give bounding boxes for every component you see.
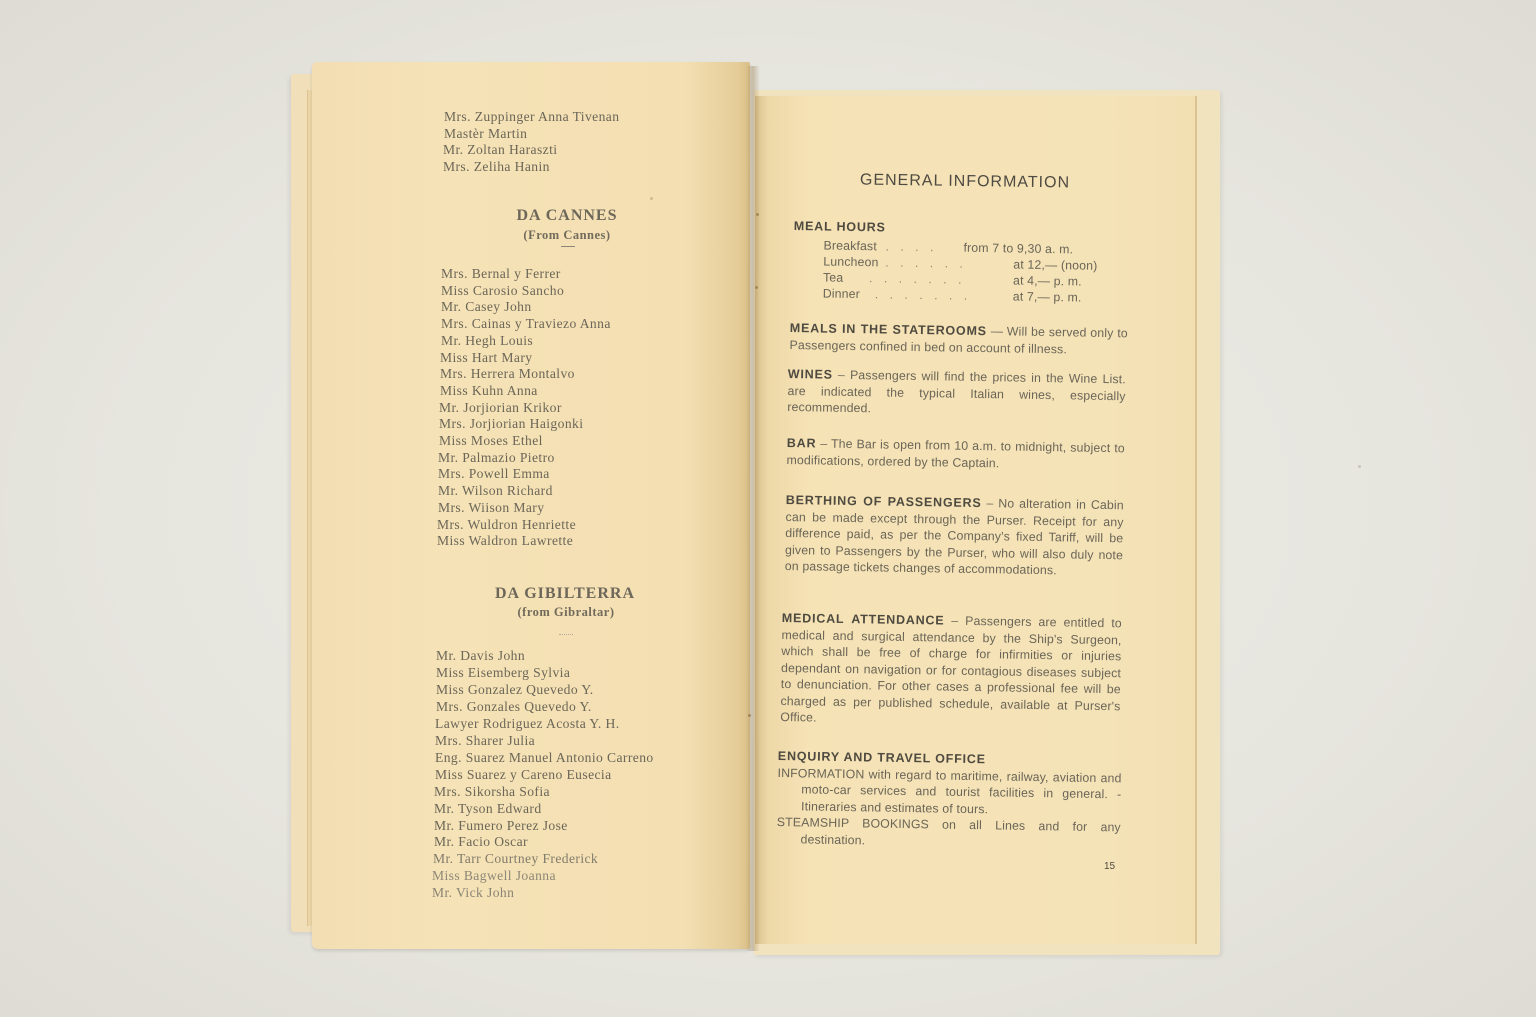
info-heading: MEDICAL ATTENDANCE: [782, 611, 945, 628]
passenger-name: Mr. Palmazio Pietro: [438, 450, 611, 467]
enquiry-item: INFORMATION with regard to maritime, rai…: [777, 764, 1122, 819]
passenger-name: Mr. Hegh Louis: [441, 333, 611, 350]
passenger-name: Mrs. Zuppinger Anna Tivenan: [444, 109, 619, 126]
paper-speck: [1358, 465, 1361, 468]
paper-speck: [755, 286, 758, 289]
page-number: 15: [1104, 861, 1115, 872]
meal-name: Tea: [823, 269, 844, 286]
passenger-name: Mrs. Bernal y Ferrer: [441, 266, 611, 283]
passenger-name: Mastèr Martin: [444, 126, 619, 143]
passenger-name: Mrs. Zeliha Hanin: [443, 159, 619, 176]
passenger-name: Mr. Zoltan Haraszti: [443, 142, 619, 159]
enquiry-item: STEAMSHIP BOOKINGS on all Lines and for …: [776, 814, 1120, 852]
section-subtitle-cannes: (From Cannes): [467, 228, 667, 243]
section-title-cannes: DA CANNES: [467, 207, 667, 225]
paper-speck: [748, 714, 751, 717]
passenger-name: Miss Hart Mary: [440, 350, 611, 367]
passenger-list-gibraltar: Mr. Davis John Miss Eisemberg Sylvia Mis…: [436, 648, 654, 902]
passenger-name: Mr. Tyson Edward: [434, 801, 654, 818]
divider: [559, 634, 573, 635]
info-text: – Passengers are entitled to medical and…: [780, 614, 1122, 725]
passenger-name: Lawyer Rodriguez Acosta Y. H.: [435, 716, 654, 733]
info-wines: WINES – Passengers will find the prices …: [787, 366, 1126, 421]
info-medical: MEDICAL ATTENDANCE – Passengers are enti…: [780, 610, 1122, 731]
passenger-name: Mr. Davis John: [436, 648, 654, 665]
passenger-list-cannes: Mrs. Bernal y Ferrer Miss Carosio Sancho…: [441, 266, 611, 550]
info-staterooms: MEALS IN THE STATEROOMS — Will be served…: [789, 320, 1127, 358]
passenger-name: Mrs. Sharer Julia: [435, 733, 654, 750]
passenger-name: Miss Bagwell Joanna: [432, 868, 654, 885]
passenger-name: Miss Eisemberg Sylvia: [436, 665, 654, 682]
meal-name: Luncheon: [823, 253, 878, 270]
continued-passenger-list: Mrs. Zuppinger Anna Tivenan Mastèr Marti…: [444, 109, 619, 176]
passenger-name: Mr. Facio Oscar: [434, 834, 654, 851]
info-heading: BAR: [787, 436, 817, 450]
info-text: – The Bar is open from 10 a.m. to midnig…: [787, 436, 1125, 469]
info-bar: BAR – The Bar is open from 10 a.m. to mi…: [786, 435, 1124, 473]
passenger-name: Mrs. Sikorsha Sofia: [434, 784, 654, 801]
passenger-name: Mrs. Wiison Mary: [438, 500, 611, 517]
meal-name: Breakfast: [823, 237, 877, 254]
passenger-name: Mr. Tarr Courtney Frederick: [433, 851, 654, 868]
paper-speck: [650, 197, 653, 200]
passenger-name: Mrs. Cainas y Traviezo Anna: [441, 316, 611, 333]
book-spine: [746, 66, 760, 951]
info-enquiry: ENQUIRY AND TRAVEL OFFICE INFORMATION wi…: [776, 748, 1122, 852]
leader-dots: . . . . . .: [885, 254, 967, 272]
leader-dots: . . . .: [885, 238, 937, 255]
passenger-name: Mrs. Herrera Montalvo: [440, 366, 611, 383]
passenger-name: Mr. Wilson Richard: [438, 483, 611, 500]
passenger-name: Mrs. Powell Emma: [438, 466, 611, 483]
passenger-name: Miss Suarez y Careno Eusecia: [435, 767, 654, 784]
meal-time: at 12,— (noon): [1013, 256, 1097, 274]
passenger-name: Miss Gonzalez Quevedo Y.: [436, 682, 654, 699]
paper-speck: [756, 213, 759, 216]
meal-time: at 7,— p. m.: [1013, 288, 1082, 306]
passenger-name: Mr. Casey John: [441, 299, 611, 316]
passenger-name: Miss Carosio Sancho: [441, 283, 611, 300]
info-text: – Passengers will find the prices in the…: [787, 368, 1126, 416]
meal-time: at 4,— p. m.: [1013, 272, 1082, 290]
section-subtitle-gibraltar: (from Gibraltar): [466, 605, 666, 620]
passenger-name: Mr. Fumero Perez Jose: [434, 818, 654, 835]
info-berthing: BERTHING OF PASSENGERS – No alteration i…: [785, 492, 1124, 580]
section-title-gibraltar: DA GIBILTERRA: [465, 585, 665, 603]
leader-dots: . . . . . . .: [875, 286, 972, 304]
passenger-name: Mrs. Gonzales Quevedo Y.: [436, 699, 654, 716]
info-heading: BERTHING OF PASSENGERS: [786, 493, 982, 510]
passenger-name: Eng. Suarez Manuel Antonio Carreno: [435, 750, 654, 767]
divider: [561, 246, 575, 247]
passenger-name: Miss Moses Ethel: [439, 433, 611, 450]
info-heading: MEALS IN THE STATEROOMS: [790, 321, 987, 338]
passenger-name: Mr. Vick John: [432, 885, 654, 902]
passenger-name: Mr. Jorjiorian Krikor: [439, 400, 611, 417]
passenger-name: Miss Kuhn Anna: [440, 383, 611, 400]
info-heading: WINES: [788, 367, 833, 382]
passenger-name: Mrs. Jorjiorian Haigonki: [439, 416, 611, 433]
passenger-name: Mrs. Wuldron Henriette: [437, 517, 611, 534]
meal-hours-section: MEAL HOURS Breakfast . . . . from 7 to 9…: [793, 218, 1124, 306]
passenger-name: Miss Waldron Lawrette: [437, 533, 611, 550]
meal-name: Dinner: [823, 285, 860, 302]
